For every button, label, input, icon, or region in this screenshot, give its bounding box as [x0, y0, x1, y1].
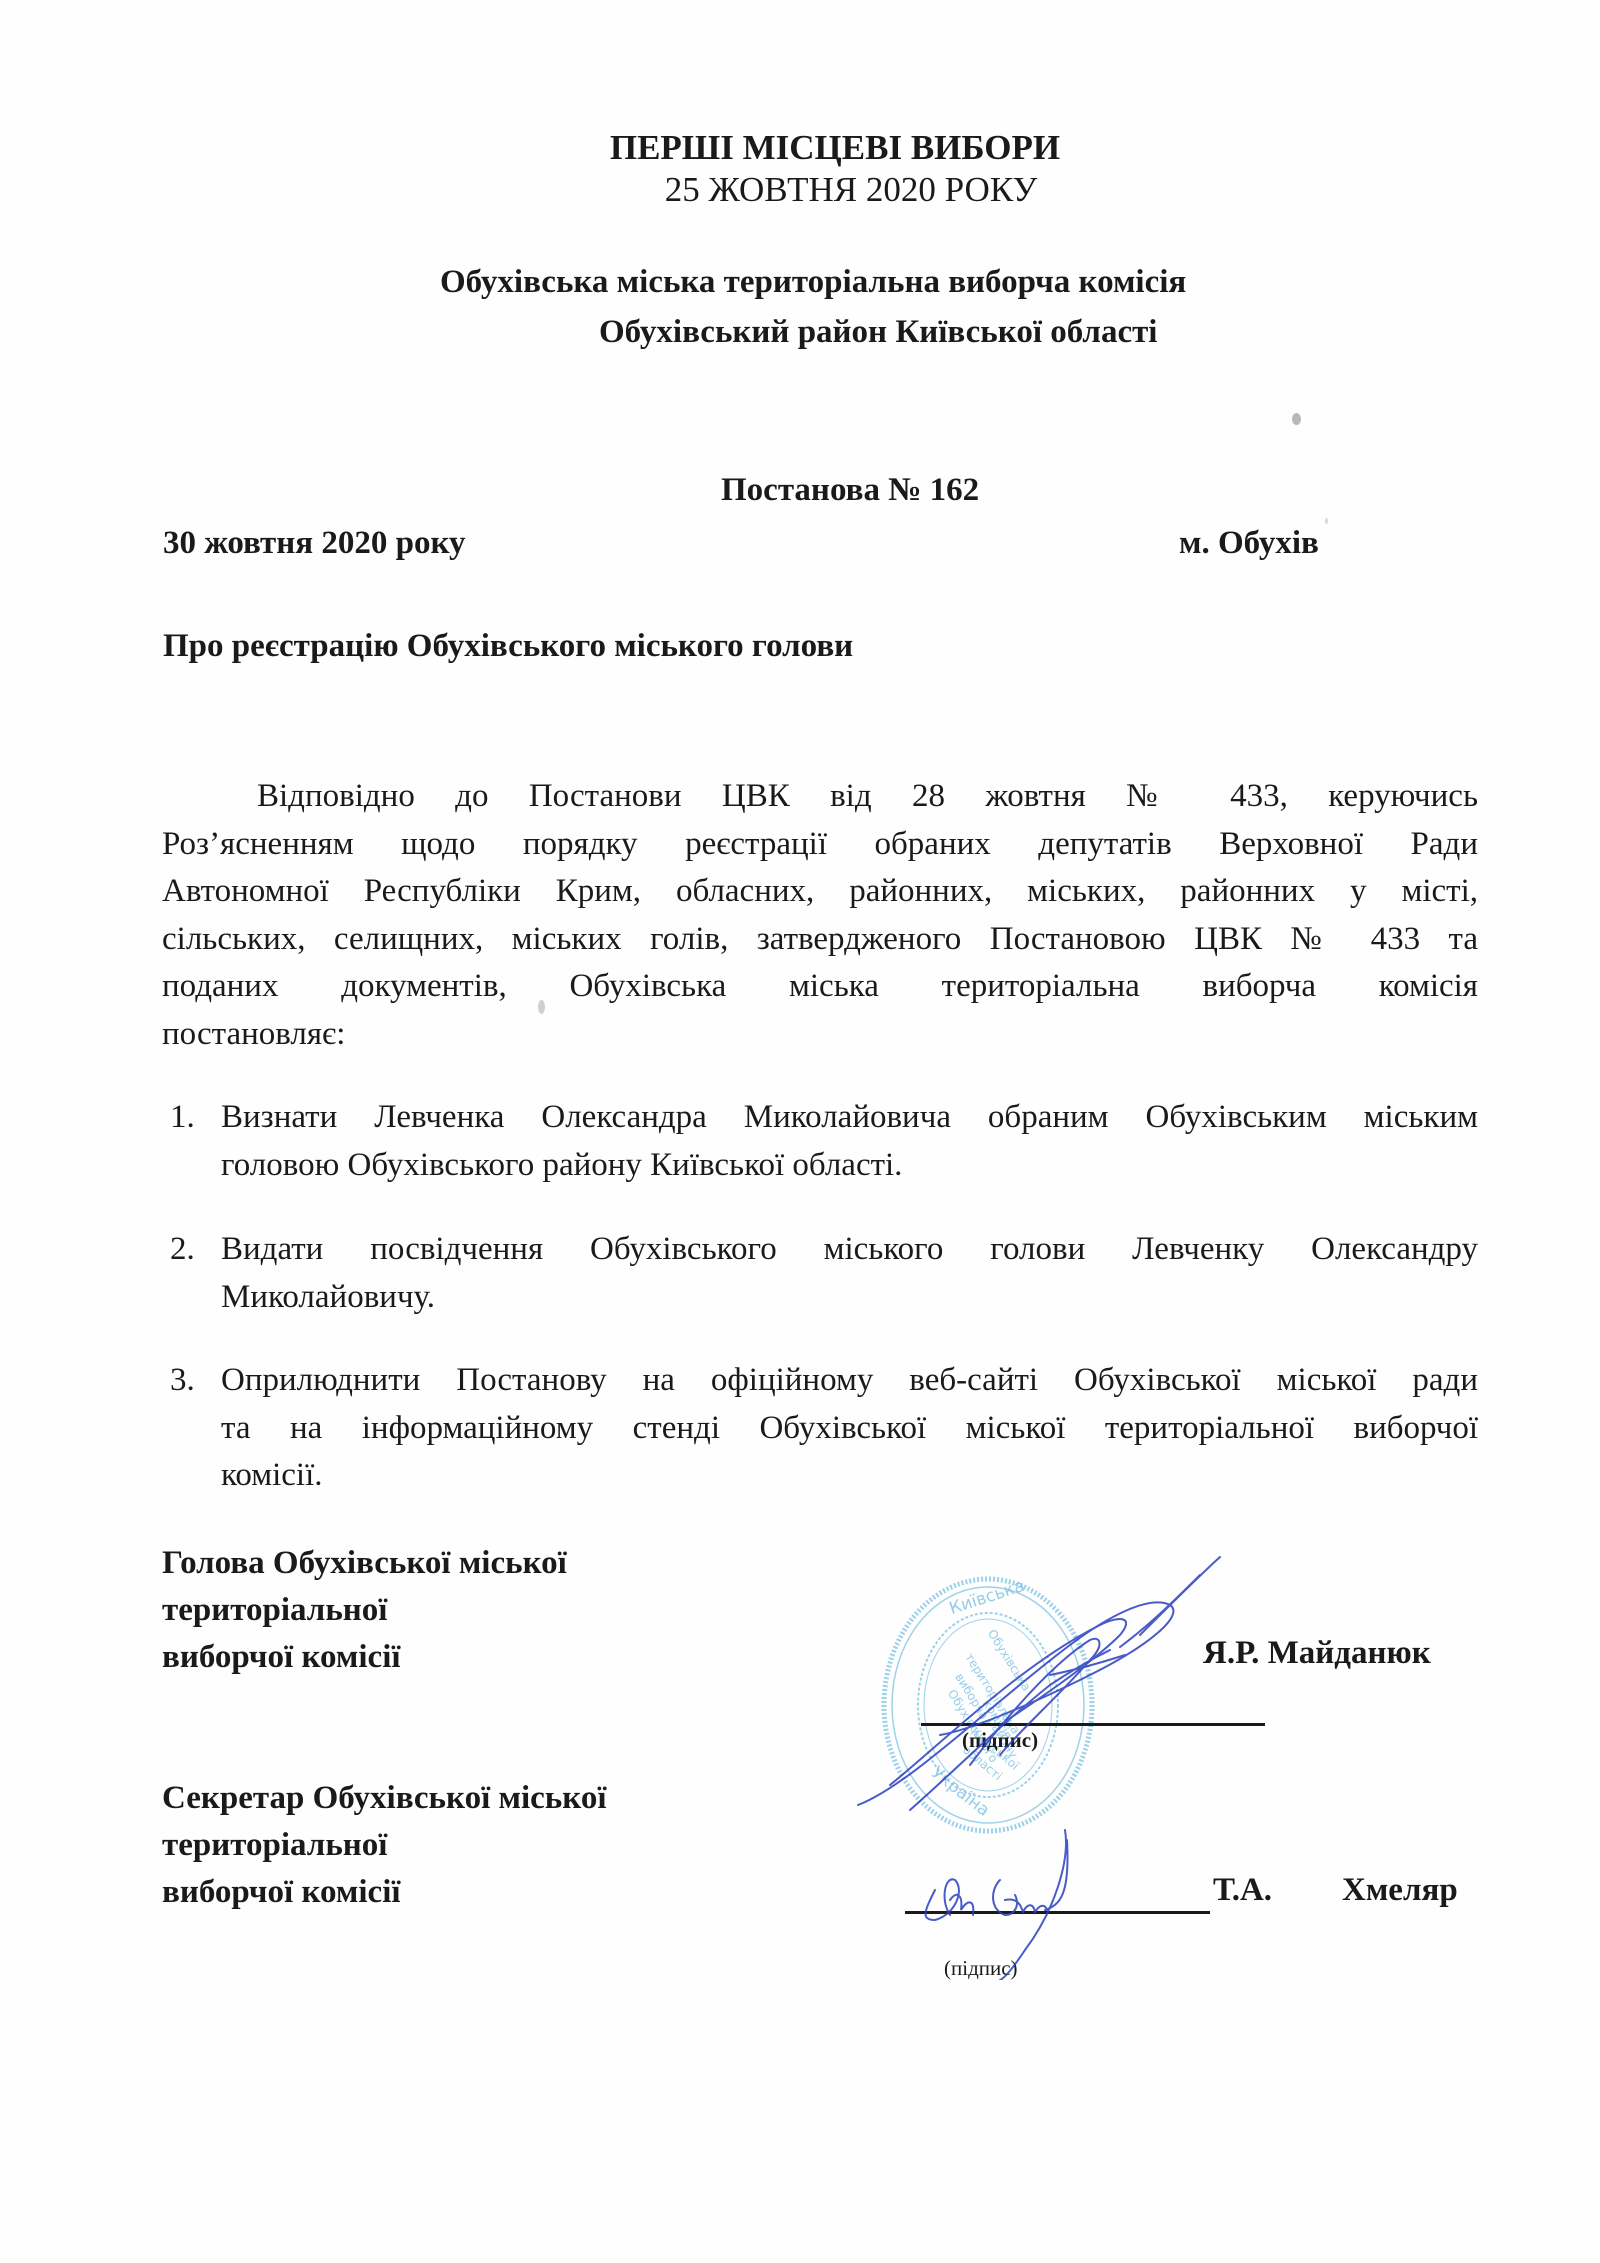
chair-position-line: територіальної [162, 1587, 567, 1634]
secretary-signature-line [905, 1911, 1210, 1914]
election-date: 25 ЖОВТНЯ 2020 РОКУ [0, 170, 1600, 210]
svg-text:Україна: Україна [927, 1763, 993, 1821]
secretary-signature-caption: (підпис) [944, 1956, 1018, 1981]
preamble-line: постановляє: [162, 1011, 1478, 1059]
secretary-position-line: Секретар Обухівської міської [162, 1775, 607, 1822]
commission-name: Обухівська міська територіальна виборча … [440, 264, 1186, 301]
resolution-number: 2. [170, 1226, 195, 1274]
resolution-number: 1. [170, 1094, 195, 1142]
scan-speck [1325, 518, 1328, 524]
svg-text:Київська: Київська [947, 1576, 1027, 1619]
chair-position-line: виборчої комісії [162, 1634, 567, 1681]
resolution-line: Оприлюднити Постанову на офіційному веб-… [221, 1357, 1478, 1405]
secretary-position-line: територіальної [162, 1822, 607, 1869]
commission-district: Обухівський район Київської області [599, 314, 1157, 351]
decree-city: м. Обухів [1179, 525, 1319, 562]
official-stamp: Київська Обухівська територіальна виборч… [880, 1575, 1095, 1835]
resolution-text: Видати посвідчення Обухівського міського… [221, 1226, 1478, 1321]
chair-handwritten-signature [850, 1555, 1230, 1825]
resolution-line: головою Обухівського району Київської об… [221, 1142, 1478, 1190]
resolution-text: Оприлюднити Постанову на офіційному веб-… [221, 1357, 1478, 1500]
secretary-position: Секретар Обухівської міської територіаль… [162, 1775, 607, 1916]
preamble-line: поданих документів, Обухівська міська те… [162, 963, 1478, 1011]
svg-text:виборча: виборча [952, 1671, 991, 1722]
chair-signature-caption: (підпис) [962, 1728, 1038, 1753]
chair-position-line: Голова Обухівської міської [162, 1540, 567, 1587]
resolution-line: Миколайовичу. [221, 1274, 1478, 1322]
preamble-line: Автономної Республіки Крим, обласних, ра… [162, 868, 1478, 916]
chair-name: Я.Р. Майданюк [1203, 1635, 1431, 1672]
resolution-line: Визнати Левченка Олександра Миколайовича… [221, 1094, 1478, 1142]
preamble-line: сільських, селищних, міських голів, затв… [162, 916, 1478, 964]
preamble-paragraph: Відповідно до Постанови ЦВК від 28 жовтн… [162, 773, 1478, 1058]
preamble-line: Відповідно до Постанови ЦВК від 28 жовтн… [162, 773, 1478, 821]
svg-text:Обухівська: Обухівська [985, 1627, 1034, 1694]
chair-position: Голова Обухівської міської територіально… [162, 1540, 567, 1681]
resolution-line: та на інформаційному стенді Обухівської … [221, 1405, 1478, 1453]
scan-speck [1292, 413, 1301, 425]
resolution-line: комісії. [221, 1452, 1478, 1500]
resolution-line: Видати посвідчення Обухівського міського… [221, 1226, 1478, 1274]
election-title: ПЕРШІ МІСЦЕВІ ВИБОРИ [0, 128, 1600, 168]
decree-subject: Про реєстрацію Обухівського міського гол… [163, 628, 853, 665]
secretary-position-line: виборчої комісії [162, 1869, 607, 1916]
secretary-initials: Т.А. [1213, 1872, 1272, 1909]
preamble-line: Роз’ясненням щодо порядку реєстрації обр… [162, 821, 1478, 869]
decree-date: 30 жовтня 2020 року [163, 525, 466, 562]
secretary-surname: Хмеляр [1342, 1872, 1458, 1909]
resolution-number: 3. [170, 1357, 195, 1405]
chair-signature-line [921, 1723, 1265, 1726]
decree-title: Постанова № 162 [721, 472, 979, 509]
resolution-text: Визнати Левченка Олександра Миколайовича… [221, 1094, 1478, 1189]
